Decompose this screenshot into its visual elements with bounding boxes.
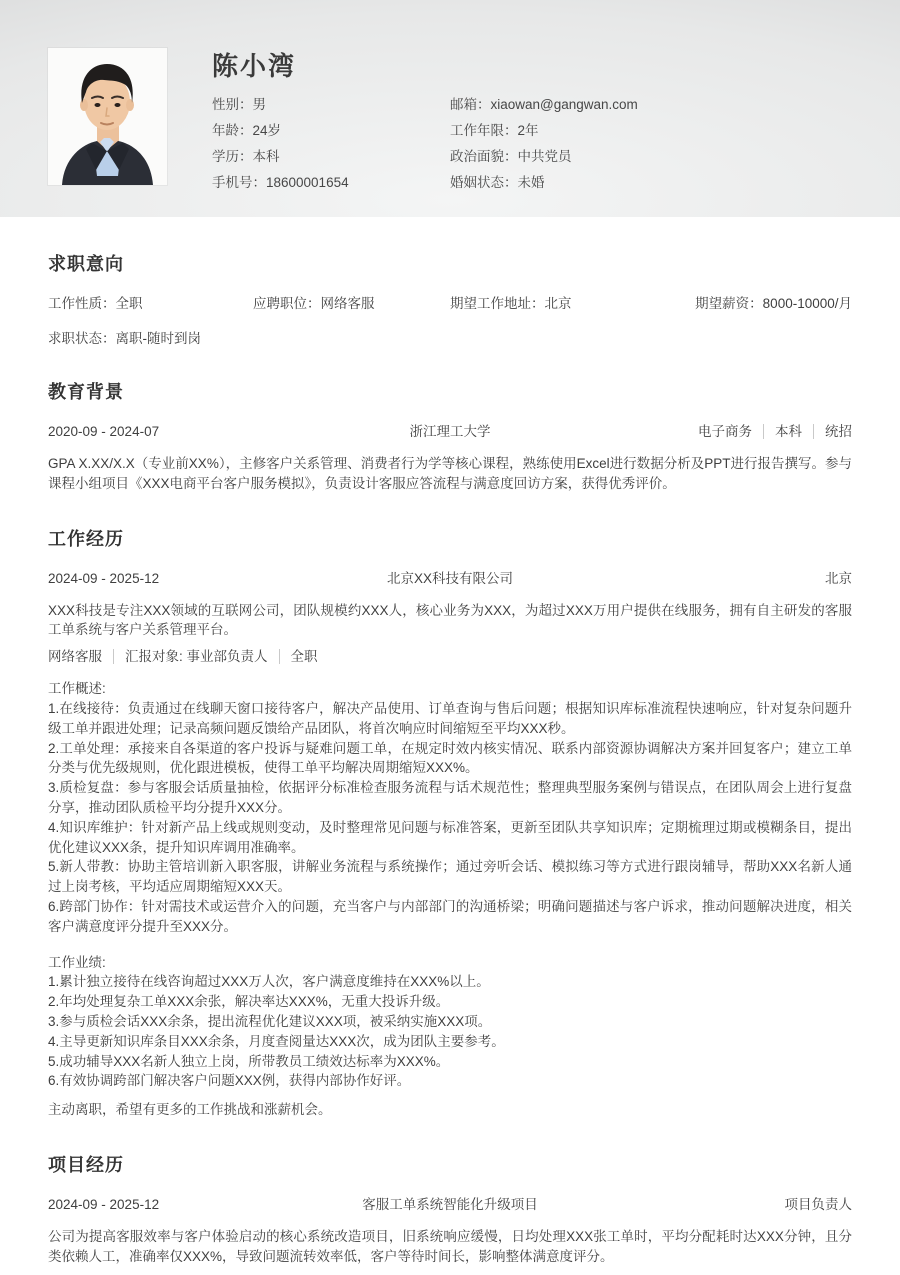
work-achievement-item: 2.年均处理复杂工单XXX余张，解决率达XXX%，无重大投诉升级。 bbox=[48, 992, 852, 1012]
info-label: 政治面貌： bbox=[450, 149, 518, 164]
info-value: 18600001654 bbox=[266, 175, 349, 190]
intention-field-salary: 期望薪资：8000-10000/月 bbox=[695, 295, 852, 312]
education-meta-row: 2020-09 - 2024-07 浙江理工大学 电子商务本科统招 bbox=[48, 423, 852, 440]
intention-field-status: 求职状态：离职-随时到岗 bbox=[48, 330, 852, 347]
work-meta-row: 2024-09 - 2025-12 北京XX科技有限公司 北京 bbox=[48, 570, 852, 587]
section-project-experience: 项目经历 2024-09 - 2025-12 客服工单系统智能化升级项目 项目负… bbox=[48, 1154, 852, 1267]
info-label: 年龄： bbox=[212, 123, 253, 138]
intention-field-position: 应聘职位：网络客服 bbox=[253, 295, 450, 312]
field-value: 8000-10000/月 bbox=[763, 296, 852, 311]
info-item-age: 年龄：24岁 bbox=[212, 124, 450, 138]
company-intro: XXX科技是专注XXX领域的互联网公司，团队规模约XXX人，核心业务为XXX，为… bbox=[48, 601, 852, 641]
field-value: 全职 bbox=[116, 296, 143, 311]
field-label: 求职状态： bbox=[48, 331, 116, 346]
resume-body: 求职意向 工作性质：全职 应聘职位：网络客服 期望工作地址：北京 期望薪资：80… bbox=[0, 217, 900, 1267]
person-portrait-icon bbox=[48, 48, 167, 185]
intention-field-job-type: 工作性质：全职 bbox=[48, 295, 253, 312]
project-meta-row: 2024-09 - 2025-12 客服工单系统智能化升级项目 项目负责人 bbox=[48, 1196, 852, 1213]
candidate-name: 陈小湾 bbox=[212, 51, 852, 81]
work-position-row: 网络客服汇报对象: 事业部负责人全职 bbox=[48, 648, 852, 665]
work-achievement-item: 5.成功辅导XXX名新人独立上岗，所带教员工绩效达标率为XXX%。 bbox=[48, 1052, 852, 1072]
work-job-type: 全职 bbox=[279, 649, 318, 664]
info-value: 2年 bbox=[518, 123, 539, 138]
work-overview-heading: 工作概述: bbox=[48, 679, 852, 699]
info-item-phone: 手机号：18600001654 bbox=[212, 176, 450, 190]
info-value: 中共党员 bbox=[518, 149, 572, 164]
work-overview-item: 4.知识库维护：针对新产品上线或规则变动，及时整理常见问题与标准答案，更新至团队… bbox=[48, 818, 852, 858]
section-title: 求职意向 bbox=[48, 253, 852, 275]
info-item-experience-years: 工作年限：2年 bbox=[450, 124, 852, 138]
work-achievements-heading: 工作业绩: bbox=[48, 953, 852, 973]
info-value: 未婚 bbox=[518, 175, 545, 190]
profile-photo bbox=[48, 48, 167, 185]
work-period: 2024-09 - 2025-12 bbox=[48, 570, 387, 587]
section-title: 项目经历 bbox=[48, 1154, 852, 1176]
project-period: 2024-09 - 2025-12 bbox=[48, 1196, 362, 1213]
basic-info-left-column: 性别：男 年龄：24岁 学历：本科 手机号：18600001654 bbox=[212, 98, 450, 190]
resume-page: 陈小湾 性别：男 年龄：24岁 学历：本科 手机号：18600001654 邮箱… bbox=[0, 0, 900, 1275]
field-label: 工作性质： bbox=[48, 296, 116, 311]
intention-row: 工作性质：全职 应聘职位：网络客服 期望工作地址：北京 期望薪资：8000-10… bbox=[48, 295, 852, 312]
work-overview-block: 工作概述: 1.在线接待：负责通过在线聊天窗口接待客户，解决产品使用、订单查询与… bbox=[48, 679, 852, 936]
work-overview-item: 6.跨部门协作：针对需技术或运营介入的问题，充当客户与内部部门的沟通桥梁；明确问… bbox=[48, 897, 852, 937]
field-label: 期望工作地址： bbox=[450, 296, 545, 311]
work-position: 网络客服 bbox=[48, 649, 102, 664]
education-period: 2020-09 - 2024-07 bbox=[48, 423, 410, 440]
info-item-degree: 学历：本科 bbox=[212, 150, 450, 164]
info-value: xiaowan@gangwan.com bbox=[491, 97, 638, 112]
field-label: 应聘职位： bbox=[253, 296, 321, 311]
section-title: 教育背景 bbox=[48, 381, 852, 403]
info-item-email: 邮箱：xiaowan@gangwan.com bbox=[450, 98, 852, 112]
work-report-to: 汇报对象: 事业部负责人 bbox=[113, 649, 268, 664]
work-achievement-item: 6.有效协调跨部门解决客户问题XXX例，获得内部协作好评。 bbox=[48, 1071, 852, 1091]
field-value: 网络客服 bbox=[321, 296, 375, 311]
work-location: 北京 bbox=[513, 570, 852, 587]
intention-field-location: 期望工作地址：北京 bbox=[450, 295, 695, 312]
work-overview-item: 3.质检复盘：参与客服会话质量抽检，依据评分标准检查服务流程与话术规范性；整理典… bbox=[48, 778, 852, 818]
work-achievement-item: 1.累计独立接待在线咨询超过XXX万人次，客户满意度维持在XXX%以上。 bbox=[48, 972, 852, 992]
info-item-political-status: 政治面貌：中共党员 bbox=[450, 150, 852, 164]
info-item-gender: 性别：男 bbox=[212, 98, 450, 112]
education-school: 浙江理工大学 bbox=[410, 423, 491, 440]
work-overview-item: 2.工单处理：承接来自各渠道的客户投诉与疑难问题工单，在规定时效内核实情况、联系… bbox=[48, 739, 852, 779]
section-education: 教育背景 2020-09 - 2024-07 浙江理工大学 电子商务本科统招 G… bbox=[48, 381, 852, 494]
info-label: 手机号： bbox=[212, 175, 266, 190]
project-background: 公司为提高客服效率与客户体验启动的核心系统改造项目，旧系统响应缓慢，日均处理XX… bbox=[48, 1227, 852, 1267]
section-title: 工作经历 bbox=[48, 528, 852, 550]
info-value: 24岁 bbox=[253, 123, 282, 138]
work-overview-item: 1.在线接待：负责通过在线聊天窗口接待客户，解决产品使用、订单查询与售后问题；根… bbox=[48, 699, 852, 739]
education-degree: 本科 bbox=[763, 424, 802, 439]
education-description: GPA X.XX/X.X（专业前XX%），主修客户关系管理、消费者行为学等核心课… bbox=[48, 454, 852, 494]
resume-header: 陈小湾 性别：男 年龄：24岁 学历：本科 手机号：18600001654 邮箱… bbox=[0, 0, 900, 217]
work-company: 北京XX科技有限公司 bbox=[387, 570, 513, 587]
info-label: 学历： bbox=[212, 149, 253, 164]
education-enrollment-type: 统招 bbox=[813, 424, 852, 439]
info-label: 性别： bbox=[212, 97, 253, 112]
info-label: 邮箱： bbox=[450, 97, 491, 112]
field-label: 期望薪资： bbox=[695, 296, 763, 311]
field-value: 离职-随时到岗 bbox=[116, 331, 202, 346]
work-leave-reason: 主动离职，希望有更多的工作挑战和涨薪机会。 bbox=[48, 1100, 852, 1120]
work-achievements-block: 工作业绩: 1.累计独立接待在线咨询超过XXX万人次，客户满意度维持在XXX%以… bbox=[48, 953, 852, 1092]
education-tags: 电子商务本科统招 bbox=[491, 423, 853, 440]
info-item-marital-status: 婚姻状态：未婚 bbox=[450, 176, 852, 190]
work-overview-item: 5.新人带教：协助主管培训新入职客服，讲解业务流程与系统操作；通过旁听会话、模拟… bbox=[48, 857, 852, 897]
info-value: 男 bbox=[253, 97, 267, 112]
education-major: 电子商务 bbox=[698, 424, 752, 439]
info-value: 本科 bbox=[253, 149, 280, 164]
work-achievement-item: 3.参与质检会话XXX余条，提出流程优化建议XXX项，被采纳实施XXX项。 bbox=[48, 1012, 852, 1032]
intention-row: 求职状态：离职-随时到岗 bbox=[48, 330, 852, 347]
info-label: 婚姻状态： bbox=[450, 175, 518, 190]
section-work-experience: 工作经历 2024-09 - 2025-12 北京XX科技有限公司 北京 XXX… bbox=[48, 528, 852, 1120]
basic-info-right-column: 邮箱：xiaowan@gangwan.com 工作年限：2年 政治面貌：中共党员… bbox=[450, 98, 852, 190]
field-value: 北京 bbox=[545, 296, 572, 311]
section-job-intention: 求职意向 工作性质：全职 应聘职位：网络客服 期望工作地址：北京 期望薪资：80… bbox=[48, 253, 852, 347]
info-label: 工作年限： bbox=[450, 123, 518, 138]
header-info: 陈小湾 性别：男 年龄：24岁 学历：本科 手机号：18600001654 邮箱… bbox=[212, 48, 852, 190]
project-role: 项目负责人 bbox=[538, 1196, 852, 1213]
work-achievement-item: 4.主导更新知识库条目XXX余条，月度查阅量达XXX次，成为团队主要参考。 bbox=[48, 1032, 852, 1052]
project-name: 客服工单系统智能化升级项目 bbox=[362, 1196, 538, 1213]
basic-info-grid: 性别：男 年龄：24岁 学历：本科 手机号：18600001654 邮箱：xia… bbox=[212, 98, 852, 190]
